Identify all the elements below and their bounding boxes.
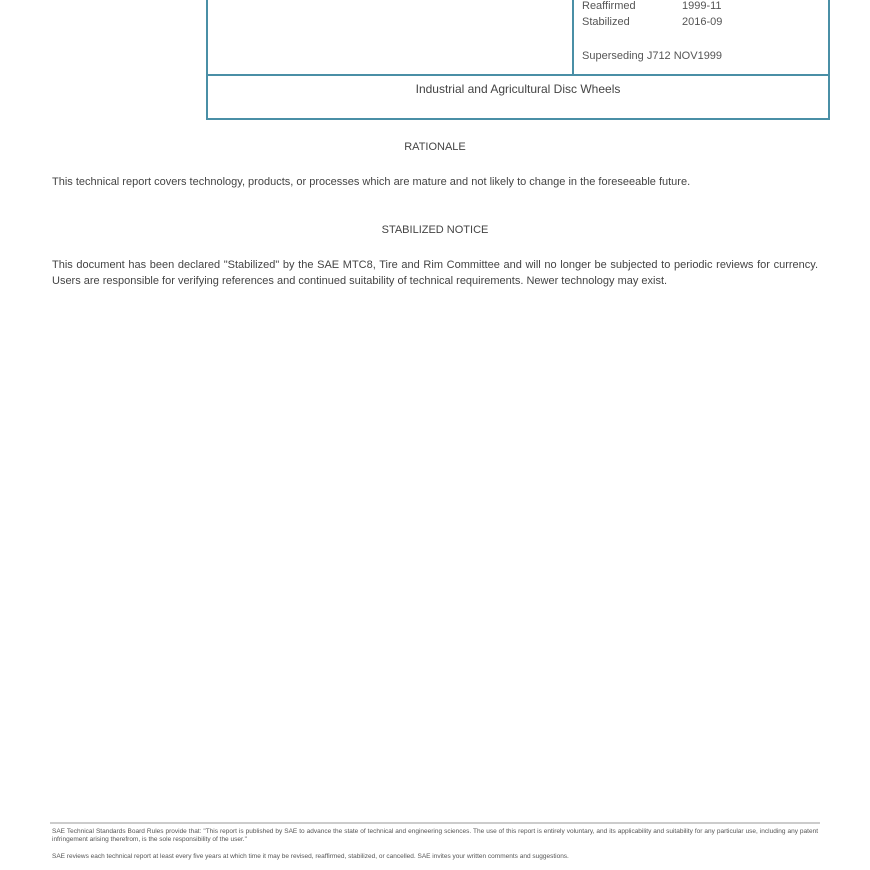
reaffirmed-label: Reaffirmed	[582, 0, 682, 12]
stabilized-value: 2016-09	[682, 16, 722, 28]
header-top-section: Reaffirmed1999-11 Stabilized2016-09 Supe…	[208, 0, 828, 76]
document-header-box: Reaffirmed1999-11 Stabilized2016-09 Supe…	[206, 0, 830, 120]
stabilized-row: Stabilized2016-09	[582, 16, 722, 28]
footer-divider	[50, 822, 820, 824]
stabilized-notice-text: This document has been declared "Stabili…	[52, 257, 818, 289]
footer-disclaimer: SAE Technical Standards Board Rules prov…	[52, 828, 818, 844]
document-title: Industrial and Agricultural Disc Wheels	[208, 82, 828, 96]
rationale-heading: RATIONALE	[0, 141, 870, 153]
header-date-panel: Reaffirmed1999-11 Stabilized2016-09 Supe…	[572, 0, 828, 74]
superseding-note: Superseding J712 NOV1999	[582, 50, 722, 62]
reaffirmed-value: 1999-11	[682, 0, 722, 12]
rationale-text: This technical report covers technology,…	[52, 174, 818, 190]
footer-review-note: SAE reviews each technical report at lea…	[52, 853, 818, 861]
stabilized-label: Stabilized	[582, 16, 682, 28]
reaffirmed-row: Reaffirmed1999-11	[582, 0, 722, 12]
stabilized-notice-heading: STABILIZED NOTICE	[0, 224, 870, 236]
